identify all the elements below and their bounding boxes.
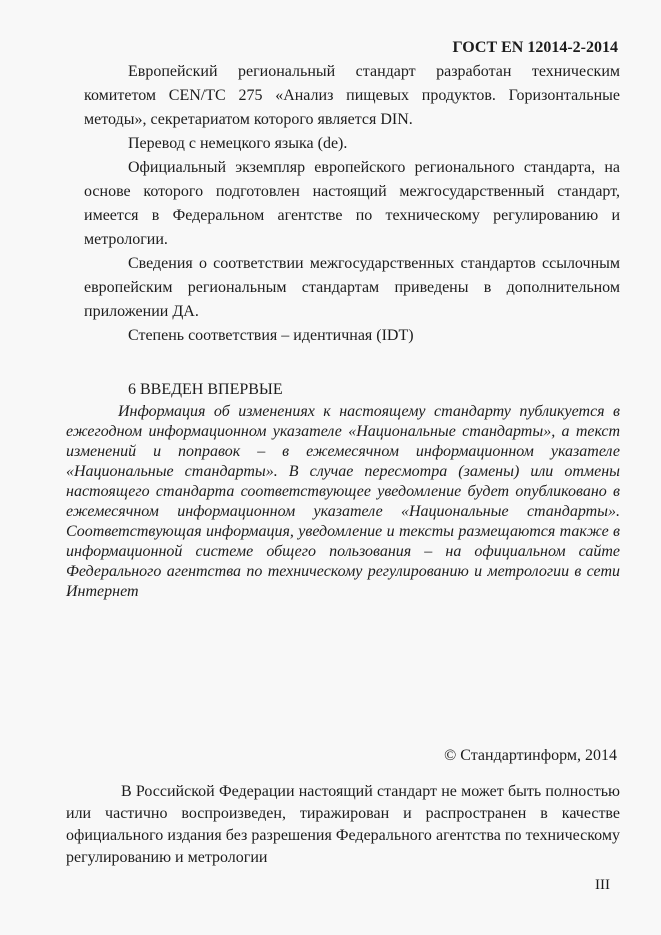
foreword-paragraph-developer: Европейский региональный стандарт разраб… (84, 60, 620, 132)
foreword-section: ГОСТ EN 12014-2-2014 Европейский региона… (66, 36, 620, 602)
reproduction-restriction-paragraph: В Российской Федерации настоящий стандар… (66, 781, 620, 869)
copyright-line: © Стандартинформ, 2014 (66, 745, 617, 767)
foreword-paragraph-conformity-degree: Степень соответствия – идентичная (IDT) (84, 324, 620, 348)
footer-section: © Стандартинформ, 2014 В Российской Феде… (66, 745, 620, 869)
amendments-info-note: Информация об изменениях к настоящему ст… (66, 402, 620, 602)
standard-code-header: ГОСТ EN 12014-2-2014 (66, 36, 618, 60)
foreword-paragraph-official-copy: Официальный экземпляр европейского регио… (84, 156, 620, 252)
page-number: III (595, 876, 610, 894)
document-page: ГОСТ EN 12014-2-2014 Европейский региона… (0, 0, 661, 935)
clause-introduced-first-time: 6 ВВЕДЕН ВПЕРВЫЕ (84, 378, 620, 402)
foreword-paragraph-annex-da: Сведения о соответствии межгосударственн… (84, 252, 620, 324)
foreword-paragraph-translation: Перевод с немецкого языка (de). (84, 132, 620, 156)
